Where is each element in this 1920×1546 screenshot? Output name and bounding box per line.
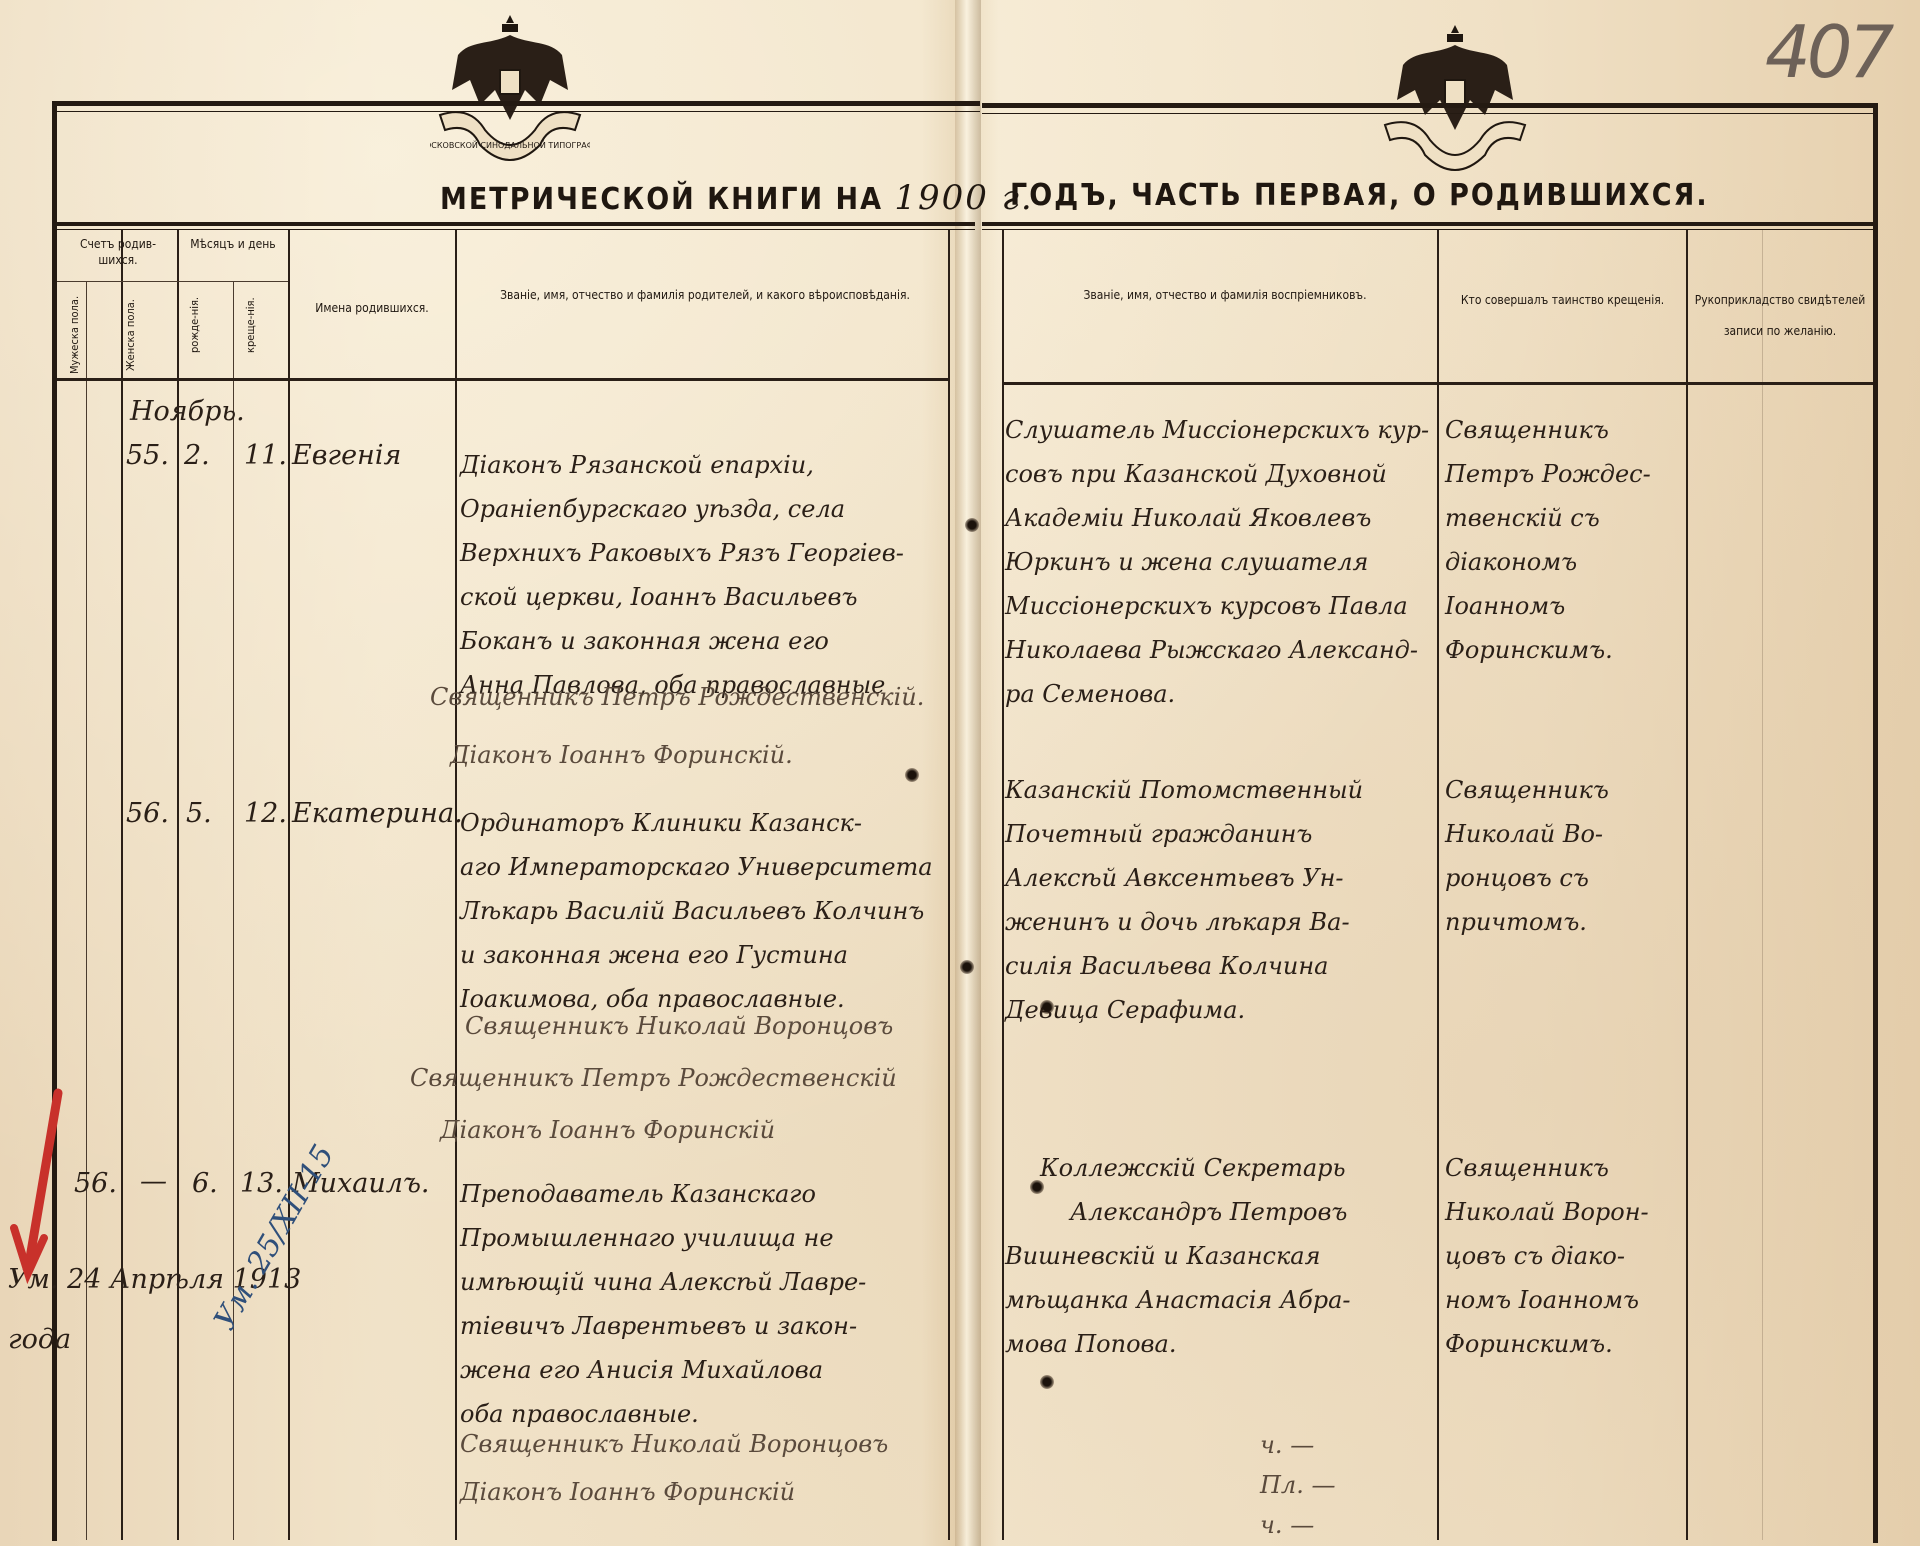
header-female: Женска пола. bbox=[124, 295, 139, 375]
entry-female-number: — bbox=[140, 1168, 167, 1195]
header-bottom-rule-right bbox=[1002, 382, 1873, 385]
binding-hole bbox=[965, 518, 979, 532]
page-number: 407 bbox=[1765, 10, 1890, 94]
binding-hole bbox=[1040, 1375, 1054, 1389]
entry-godparents: Слушатель Миссіонерскихъ кур-совъ при Ка… bbox=[1005, 408, 1429, 716]
month-label: Ноябрь. bbox=[130, 398, 245, 425]
entry-baptism-day: 12. bbox=[244, 800, 287, 827]
entry-godparents: Казанскій ПотомственныйПочетный граждани… bbox=[1005, 768, 1363, 1032]
header-top-rule-right bbox=[982, 222, 1873, 230]
entry-clergy-signatures: Священникъ Николай ВоронцовъДіаконъ Іоан… bbox=[460, 1420, 888, 1516]
entry-birth-day: 2. bbox=[184, 442, 210, 469]
footer-marks: ч. —Пл. —ч. — bbox=[1260, 1425, 1335, 1545]
header-top-rule-left bbox=[57, 222, 975, 230]
title-left: МЕТРИЧЕСКОЙ КНИГИ НА 1900 г. bbox=[440, 178, 1034, 218]
entry-birth-day: 6. bbox=[192, 1170, 218, 1197]
header-names: Имена родившихся. bbox=[292, 300, 452, 316]
entry-godparents: Коллежскій СекретарьАлександръ ПетровъВи… bbox=[1005, 1146, 1351, 1366]
entry-child-name: Екатерина. bbox=[292, 800, 463, 827]
header-male: Мужеска пола. bbox=[68, 295, 83, 375]
header-month-day: Мѣсяцъ и день bbox=[180, 236, 286, 252]
header-godparents: Званіе, имя, отчество и фамилія воспріем… bbox=[1060, 280, 1390, 311]
col-divider bbox=[1437, 230, 1439, 1540]
binding-hole bbox=[960, 960, 974, 974]
entry-officiant: СвященникъПетръ Рождес-твенскій съдіакон… bbox=[1445, 408, 1651, 672]
entry-parents: Преподаватель КазанскагоПромышленнаго уч… bbox=[460, 1172, 866, 1436]
binding-hole bbox=[1030, 1180, 1044, 1194]
header-baptism-date: креще-нія. bbox=[244, 295, 259, 355]
entry-clergy-signatures: Священникъ Николай ВоронцовъСвященникъ П… bbox=[410, 1000, 897, 1156]
header-birth-date: рожде-нія. bbox=[188, 295, 203, 355]
binding-hole bbox=[905, 768, 919, 782]
red-pencil-arrow-icon bbox=[8, 1088, 68, 1288]
entry-officiant: СвященникъНиколай Ворон-цовъ съ діако-но… bbox=[1445, 1146, 1649, 1366]
title-right: ГОДЪ, ЧАСТЬ ПЕРВАЯ, О РОДИВШИХСЯ. bbox=[1010, 178, 1709, 213]
header-officiant: Кто совершалъ таинство крещенія. bbox=[1450, 285, 1675, 316]
entry-officiant: СвященникъНиколай Во-ронцовъ съпричтомъ. bbox=[1445, 768, 1609, 944]
entry-parents: Ординаторъ Клиники Казанск-аго Император… bbox=[460, 801, 933, 1021]
col-divider bbox=[1002, 230, 1004, 1540]
entry-clergy-signatures: Священникъ Петръ Рождественскій.Діаконъ … bbox=[430, 668, 924, 784]
col-divider bbox=[948, 230, 950, 1540]
entry-child-name: Евгенія bbox=[292, 442, 401, 469]
subheader-rule bbox=[57, 281, 288, 282]
entry-baptism-day: 11. bbox=[244, 442, 287, 469]
col-divider bbox=[1762, 230, 1763, 1540]
entry-female-number: 55. bbox=[126, 442, 169, 469]
header-bottom-rule-left bbox=[57, 378, 948, 381]
col-divider bbox=[455, 230, 457, 1540]
col-divider bbox=[1686, 230, 1688, 1540]
entry-baptism-day: 13. bbox=[240, 1170, 283, 1197]
header-birth-count: Счетъ родив-шихся. bbox=[62, 236, 174, 268]
header-witness-signatures: Рукоприкладство свидѣтелей записи по жел… bbox=[1690, 285, 1870, 347]
entry-birth-day: 5. bbox=[186, 800, 212, 827]
header-parents: Званіе, имя, отчество и фамилія родителе… bbox=[470, 280, 940, 311]
entry-female-number: 56. bbox=[126, 800, 169, 827]
entry-male-number: 56. bbox=[74, 1170, 117, 1197]
binding-hole bbox=[1040, 1000, 1054, 1014]
